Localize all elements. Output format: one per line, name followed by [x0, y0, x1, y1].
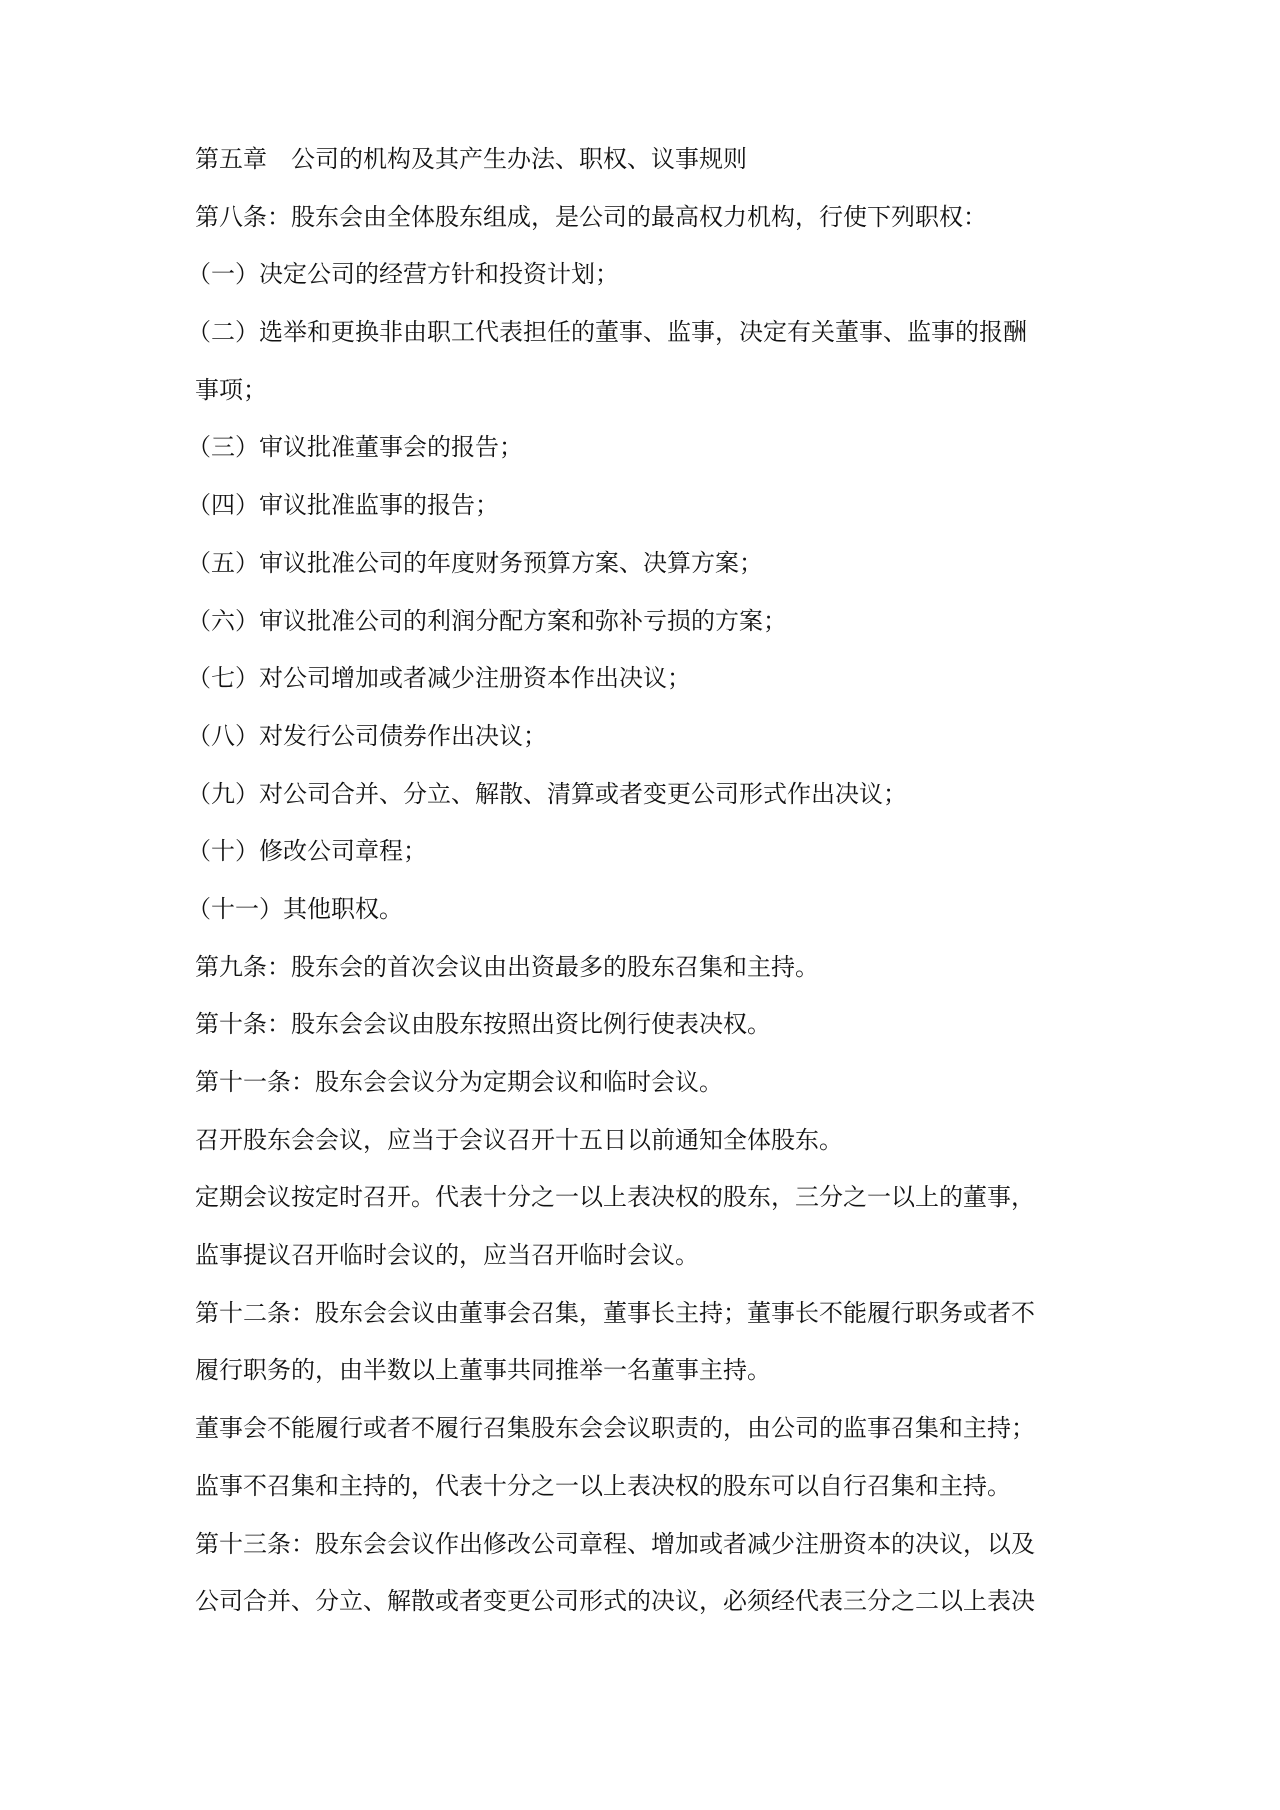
list-item-5: （五）审议批准公司的年度财务预算方案、决算方案；	[187, 535, 1095, 593]
list-item-7: （七）对公司增加或者减少注册资本作出决议；	[187, 650, 1095, 708]
document-page: 第五章 公司的机构及其产生办法、职权、议事规则 第八条：股东会由全体股东组成，是…	[195, 131, 1095, 1631]
article-12-continued: 履行职务的，由半数以上董事共同推举一名董事主持。	[195, 1342, 1095, 1400]
article-12: 第十二条：股东会会议由董事会召集，董事长主持；董事长不能履行职务或者不	[195, 1285, 1095, 1343]
article-13: 第十三条：股东会会议作出修改公司章程、增加或者减少注册资本的决议，以及	[195, 1516, 1095, 1574]
list-item-8: （八）对发行公司债券作出决议；	[187, 708, 1095, 766]
article-10: 第十条：股东会会议由股东按照出资比例行使表决权。	[195, 996, 1095, 1054]
list-item-3: （三）审议批准董事会的报告；	[187, 419, 1095, 477]
article-8: 第八条：股东会由全体股东组成，是公司的最高权力机构，行使下列职权：	[195, 189, 1095, 247]
list-item-1: （一）决定公司的经营方针和投资计划；	[187, 246, 1095, 304]
article-11-notice: 召开股东会会议，应当于会议召开十五日以前通知全体股东。	[195, 1112, 1095, 1170]
list-item-2: （二）选举和更换非由职工代表担任的董事、监事，决定有关董事、监事的报酬	[187, 304, 1095, 362]
chapter-heading: 第五章 公司的机构及其产生办法、职权、议事规则	[195, 131, 1095, 189]
article-12-board-failure: 董事会不能履行或者不履行召集股东会会议职责的，由公司的监事召集和主持；	[195, 1400, 1095, 1458]
list-item-10: （十）修改公司章程；	[187, 823, 1095, 881]
article-11: 第十一条：股东会会议分为定期会议和临时会议。	[195, 1054, 1095, 1112]
list-item-11: （十一）其他职权。	[187, 881, 1095, 939]
article-9: 第九条：股东会的首次会议由出资最多的股东召集和主持。	[195, 939, 1095, 997]
article-11-regular-meeting: 定期会议按定时召开。代表十分之一以上表决权的股东，三分之一以上的董事，	[195, 1169, 1095, 1227]
article-11-regular-meeting-continued: 监事提议召开临时会议的，应当召开临时会议。	[195, 1227, 1095, 1285]
article-13-continued: 公司合并、分立、解散或者变更公司形式的决议，必须经代表三分之二以上表决	[195, 1573, 1095, 1631]
list-item-9: （九）对公司合并、分立、解散、清算或者变更公司形式作出决议；	[187, 766, 1095, 824]
article-12-board-failure-continued: 监事不召集和主持的，代表十分之一以上表决权的股东可以自行召集和主持。	[195, 1458, 1095, 1516]
list-item-2-continued: 事项；	[195, 362, 1095, 420]
list-item-4: （四）审议批准监事的报告；	[187, 477, 1095, 535]
list-item-6: （六）审议批准公司的利润分配方案和弥补亏损的方案；	[187, 593, 1095, 651]
